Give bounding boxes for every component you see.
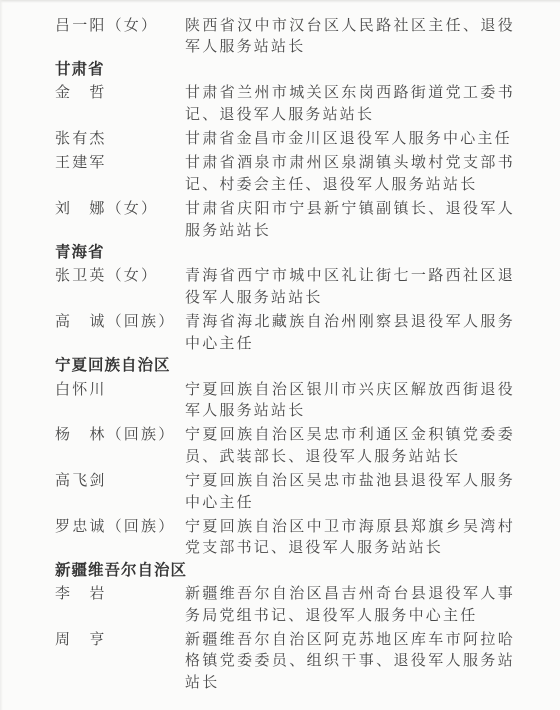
province-section: 吕一阳（女） 陕西省汉中市汉台区人民路社区主任、退役军人服务站站长 — [55, 16, 515, 59]
province-section: 青海省 张卫英（女） 青海省西宁市城中区礼让街七一路西社区退役军人服务站站长 高… — [55, 242, 515, 355]
roster-entry: 刘 娜（女） 甘肃省庆阳市宁县新宁镇副镇长、退役军人服务站站长 — [55, 199, 515, 242]
scanned-document-page: { "page": { "background": "#fbfbfa", "bo… — [0, 0, 560, 710]
person-name: 金 哲 — [55, 83, 185, 126]
person-name: 高 诚（回族） — [55, 312, 185, 355]
person-title: 宁夏回族自治区中卫市海原县郑旗乡吴湾村党支部书记、退役军人服务站站长 — [185, 517, 515, 560]
person-title: 宁夏回族自治区银川市兴庆区解放西街退役军人服务站站长 — [185, 380, 515, 423]
province-header: 新疆维吾尔自治区 — [55, 560, 515, 581]
roster-entry: 高飞剑 宁夏回族自治区吴忠市盐池县退役军人服务中心主任 — [55, 471, 515, 514]
province-entries: 李 岩 新疆维吾尔自治区昌吉州奇台县退役军人事务局党组书记、退役军人服务中心主任… — [55, 584, 515, 694]
province-section: 新疆维吾尔自治区 李 岩 新疆维吾尔自治区昌吉州奇台县退役军人事务局党组书记、退… — [55, 560, 515, 694]
province-header: 甘肃省 — [55, 59, 515, 80]
province-header: 青海省 — [55, 242, 515, 263]
person-title: 新疆维吾尔自治区阿克苏地区库车市阿拉哈格镇党委委员、组织干事、退役军人服务站站长 — [185, 630, 515, 694]
province-header: 宁夏回族自治区 — [55, 355, 515, 376]
roster-entry: 王建军 甘肃省酒泉市肃州区泉湖镇头墩村党支部书记、村委会主任、退役军人服务站站长 — [55, 153, 515, 196]
person-title: 甘肃省庆阳市宁县新宁镇副镇长、退役军人服务站站长 — [185, 199, 515, 242]
roster-entry: 高 诚（回族） 青海省海北藏族自治州刚察县退役军人服务中心主任 — [55, 312, 515, 355]
person-title: 甘肃省酒泉市肃州区泉湖镇头墩村党支部书记、村委会主任、退役军人服务站站长 — [185, 153, 515, 196]
person-name: 吕一阳（女） — [55, 16, 185, 59]
person-name: 高飞剑 — [55, 471, 185, 514]
roster-entry: 罗忠诚（回族） 宁夏回族自治区中卫市海原县郑旗乡吴湾村党支部书记、退役军人服务站… — [55, 517, 515, 560]
person-title: 新疆维吾尔自治区昌吉州奇台县退役军人事务局党组书记、退役军人服务中心主任 — [185, 584, 515, 627]
roster-list: 吕一阳（女） 陕西省汉中市汉台区人民路社区主任、退役军人服务站站长 甘肃省 金 … — [0, 0, 560, 694]
roster-entry: 白怀川 宁夏回族自治区银川市兴庆区解放西街退役军人服务站站长 — [55, 380, 515, 423]
roster-entry: 李 岩 新疆维吾尔自治区昌吉州奇台县退役军人事务局党组书记、退役军人服务中心主任 — [55, 584, 515, 627]
roster-entry: 张有杰 甘肃省金昌市金川区退役军人服务中心主任 — [55, 129, 515, 150]
person-name: 张卫英（女） — [55, 266, 185, 309]
person-name: 李 岩 — [55, 584, 185, 627]
roster-entry: 张卫英（女） 青海省西宁市城中区礼让街七一路西社区退役军人服务站站长 — [55, 266, 515, 309]
roster-entry: 吕一阳（女） 陕西省汉中市汉台区人民路社区主任、退役军人服务站站长 — [55, 16, 515, 59]
person-title: 青海省海北藏族自治州刚察县退役军人服务中心主任 — [185, 312, 515, 355]
person-title: 甘肃省兰州市城关区东岗西路街道党工委书记、退役军人服务站站长 — [185, 83, 515, 126]
person-name: 刘 娜（女） — [55, 199, 185, 242]
person-title: 甘肃省金昌市金川区退役军人服务中心主任 — [185, 129, 515, 150]
province-section: 宁夏回族自治区 白怀川 宁夏回族自治区银川市兴庆区解放西街退役军人服务站站长 杨… — [55, 355, 515, 560]
province-section: 甘肃省 金 哲 甘肃省兰州市城关区东岗西路街道党工委书记、退役军人服务站站长 张… — [55, 59, 515, 242]
person-title: 宁夏回族自治区吴忠市盐池县退役军人服务中心主任 — [185, 471, 515, 514]
person-title: 青海省西宁市城中区礼让街七一路西社区退役军人服务站站长 — [185, 266, 515, 309]
person-name: 周 亨 — [55, 630, 185, 694]
province-entries: 吕一阳（女） 陕西省汉中市汉台区人民路社区主任、退役军人服务站站长 — [55, 16, 515, 59]
person-name: 王建军 — [55, 153, 185, 196]
person-title: 陕西省汉中市汉台区人民路社区主任、退役军人服务站站长 — [185, 16, 515, 59]
person-name: 罗忠诚（回族） — [55, 517, 185, 560]
province-entries: 白怀川 宁夏回族自治区银川市兴庆区解放西街退役军人服务站站长 杨 林（回族） 宁… — [55, 380, 515, 560]
roster-entry: 金 哲 甘肃省兰州市城关区东岗西路街道党工委书记、退役军人服务站站长 — [55, 83, 515, 126]
person-name: 杨 林（回族） — [55, 425, 185, 468]
roster-entry: 周 亨 新疆维吾尔自治区阿克苏地区库车市阿拉哈格镇党委委员、组织干事、退役军人服… — [55, 630, 515, 694]
province-entries: 张卫英（女） 青海省西宁市城中区礼让街七一路西社区退役军人服务站站长 高 诚（回… — [55, 266, 515, 355]
person-name: 白怀川 — [55, 380, 185, 423]
province-entries: 金 哲 甘肃省兰州市城关区东岗西路街道党工委书记、退役军人服务站站长 张有杰 甘… — [55, 83, 515, 242]
roster-entry: 杨 林（回族） 宁夏回族自治区吴忠市利通区金积镇党委委员、武装部长、退役军人服务… — [55, 425, 515, 468]
person-name: 张有杰 — [55, 129, 185, 150]
person-title: 宁夏回族自治区吴忠市利通区金积镇党委委员、武装部长、退役军人服务站站长 — [185, 425, 515, 468]
